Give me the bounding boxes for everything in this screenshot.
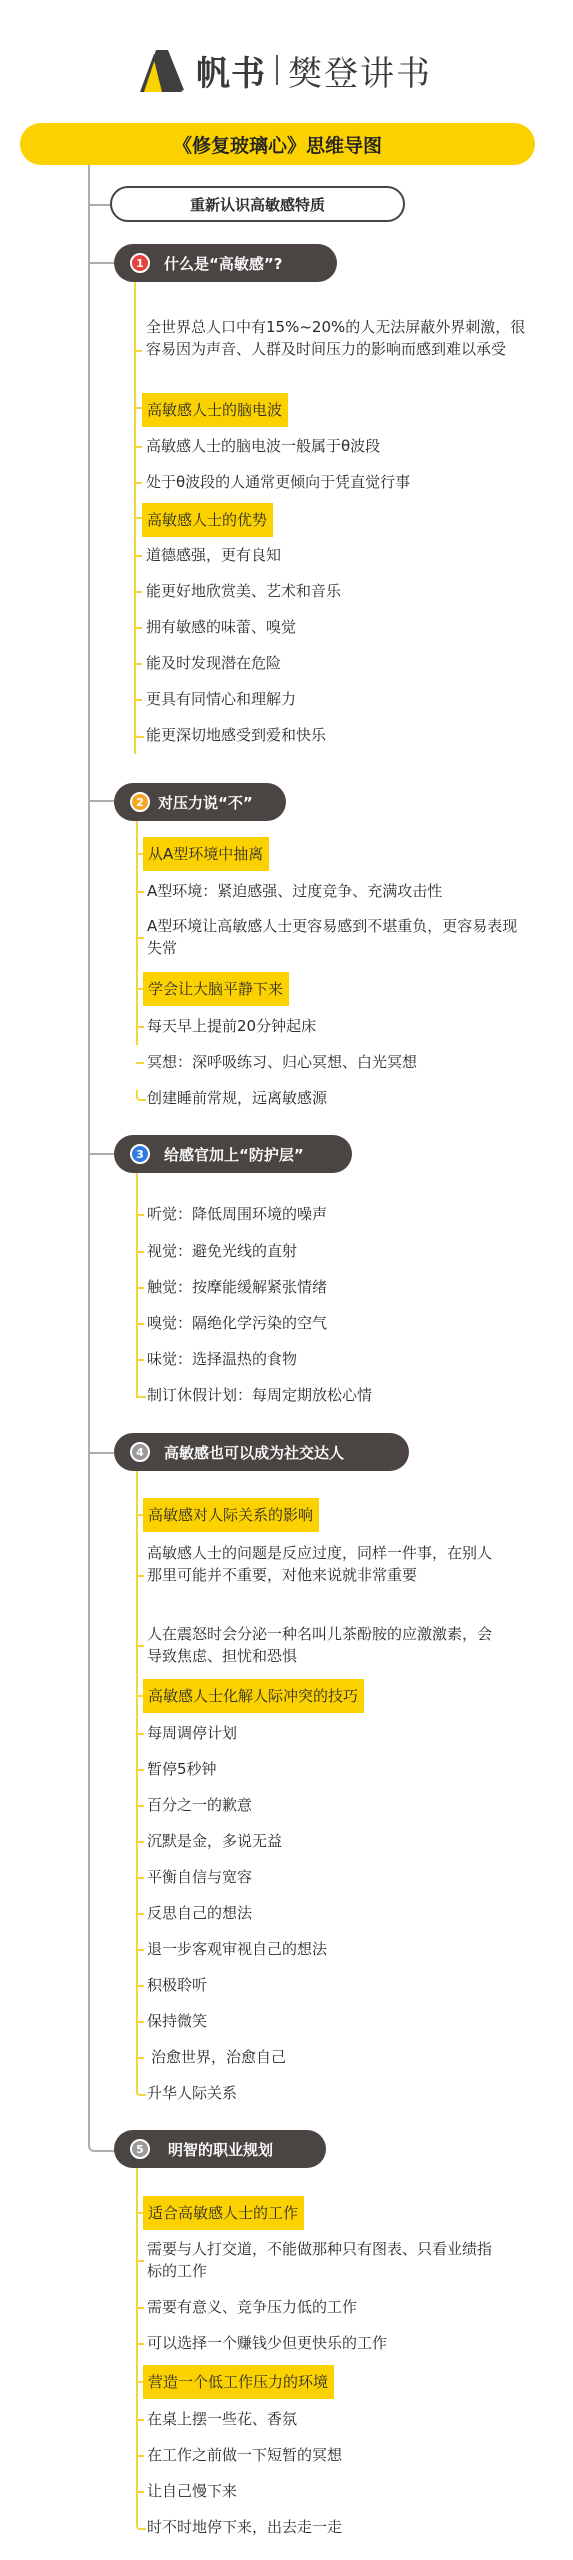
highlight-subtopic: 高敏感对人际关系的影响: [143, 1498, 319, 1532]
list-item: 高敏感人士的脑电波一般属于θ波段: [146, 435, 536, 457]
list-item: 视觉：避免光线的直射: [147, 1240, 537, 1262]
branch-tick: [136, 891, 144, 893]
list-item: 可以选择一个赚钱少但更快乐的工作: [147, 2332, 537, 2354]
list-item: 保持微笑: [147, 2010, 537, 2032]
list-item: 拥有敏感的味蕾、嗅觉: [146, 616, 536, 638]
branch-tick: [134, 591, 142, 593]
brand-name: 帆书: [196, 46, 266, 95]
list-item: 治愈世界，治愈自己: [151, 2046, 541, 2068]
number-1-icon: 1: [130, 253, 150, 273]
list-item: 味觉：选择温热的食物: [147, 1348, 537, 1370]
branch-tick: [134, 446, 142, 448]
list-item: A型环境让高敏感人士更容易感到不堪重负，更容易表现失常: [147, 915, 532, 959]
highlight-subtopic: 高敏感人士化解人际冲突的技巧: [143, 1679, 364, 1713]
branch-tick: [134, 555, 142, 557]
fanshu-logo-icon: [138, 48, 186, 92]
connector-node-2: [88, 800, 114, 802]
list-item: 暂停5秒钟: [147, 1758, 537, 1780]
branch-end: [136, 1090, 146, 1101]
branch-tick: [134, 517, 142, 519]
brand-header: 帆书 樊登讲书: [138, 45, 432, 95]
branch-tick: [136, 2419, 144, 2421]
branch-tick: [136, 1733, 144, 1735]
branch-tick: [136, 937, 144, 939]
list-item: 道德感强，更有良知: [146, 544, 536, 566]
branch-tick: [136, 2343, 144, 2345]
branch-tick: [136, 1769, 144, 1771]
highlight-subtopic: 学会让大脑平静下来: [143, 972, 289, 1006]
branch-tick: [136, 1323, 144, 1325]
section-node-1[interactable]: 1 什么是“高敏感”?: [114, 244, 337, 282]
connector-root: [88, 204, 110, 206]
number-4-icon: 4: [130, 1442, 150, 1462]
branch-tick: [136, 1062, 144, 1064]
section-node-3[interactable]: 3 给感官加上“防护层”: [114, 1135, 352, 1173]
highlight-subtopic: 从A型环境中抽离: [143, 837, 269, 871]
list-item: 每周调停计划: [147, 1722, 537, 1744]
list-item: 制订休假计划：每周定期放松心情: [147, 1384, 537, 1406]
branch-tick: [134, 407, 142, 409]
branch-tick: [136, 1359, 144, 1361]
branch-end: [134, 726, 144, 738]
list-item: 嗅觉：隔绝化学污染的空气: [147, 1312, 537, 1334]
list-item: 听觉：降低周围环境的噪声: [147, 1203, 537, 1225]
number-2-icon: 2: [130, 792, 150, 812]
branch-tick: [136, 2021, 144, 2023]
branch-tick: [136, 1645, 144, 1647]
list-item: 更具有同情心和理解力: [146, 688, 536, 710]
branch-tick: [136, 1877, 144, 1879]
list-item: 每天早上提前20分钟起床: [147, 1015, 537, 1037]
list-item: 能更深切地感受到爱和快乐: [146, 724, 536, 746]
section-label: 对压力说“不”: [158, 792, 253, 813]
list-item: 百分之一的歉意: [147, 1794, 537, 1816]
list-item: 在工作之前做一下短暂的冥想: [147, 2444, 537, 2466]
branch-tick: [136, 2307, 144, 2309]
branch-tick: [134, 482, 142, 484]
branch-tick: [134, 350, 142, 352]
branch-tick: [134, 699, 142, 701]
section-label: 高敏感也可以成为社交达人: [164, 1442, 344, 1463]
branch-tick: [136, 1805, 144, 1807]
list-item: 时不时地停下来，出去走一走: [147, 2516, 537, 2538]
branch-line-3: [136, 1173, 138, 1398]
section-node-4[interactable]: 4 高敏感也可以成为社交达人: [114, 1433, 409, 1471]
list-item: 需要与人打交道，不能做那种只有图表、只看业绩指标的工作: [147, 2238, 497, 2282]
branch-tick: [136, 1949, 144, 1951]
branch-line-4: [136, 1471, 138, 2092]
branch-tick: [136, 1575, 144, 1577]
section-node-2[interactable]: 2 对压力说“不”: [114, 783, 286, 821]
list-item: 升华人际关系: [147, 2082, 537, 2104]
section-label: 明智的职业规划: [168, 2139, 273, 2160]
highlight-subtopic: 营造一个低工作压力的环境: [143, 2365, 334, 2399]
root-topic[interactable]: 重新认识高敏感特质: [110, 186, 405, 222]
branch-tick: [136, 1287, 144, 1289]
list-item: 能更好地欣赏美、艺术和音乐: [146, 580, 536, 602]
branch-tick: [136, 1985, 144, 1987]
branch-tick: [134, 627, 142, 629]
highlight-subtopic: 高敏感人士的脑电波: [142, 393, 288, 427]
list-item: 在桌上摆一些花、香氛: [147, 2408, 537, 2430]
list-item: 处于θ波段的人通常更倾向于凭直觉行事: [146, 471, 536, 493]
connector-node-4: [88, 1452, 114, 1454]
mindmap-title: 《修复玻璃心》思维导图: [20, 123, 535, 165]
branch-tick: [136, 2455, 144, 2457]
list-item: 高敏感人士的问题是反应过度，同样一件事，在别人那里可能并不重要，对他来说就非常重…: [147, 1542, 497, 1586]
list-item: 全世界总人口中有15%~20%的人无法屏蔽外界刺激，很容易因为声音、人群及时间压…: [146, 316, 531, 360]
brand-divider: [276, 55, 278, 85]
trunk-corner: [88, 2130, 116, 2152]
number-3-icon: 3: [130, 1144, 150, 1164]
section-label: 给感官加上“防护层”: [164, 1144, 304, 1165]
connector-node-1: [88, 262, 114, 264]
branch-tick: [136, 2491, 144, 2493]
list-item: 冥想：深呼吸练习、归心冥想、白光冥想: [147, 1051, 537, 1073]
branch-line-5: [136, 2168, 138, 2525]
branch-end: [136, 2519, 146, 2530]
branch-tick: [136, 2260, 144, 2262]
list-item: 积极聆听: [147, 1974, 537, 1996]
branch-tick: [136, 1841, 144, 1843]
list-item: A型环境：紧迫感强、过度竞争、充满攻击性: [147, 880, 537, 902]
list-item: 触觉：按摩能缓解紧张情绪: [147, 1276, 537, 1298]
branch-tick: [136, 1026, 144, 1028]
list-item: 能及时发现潜在危险: [146, 652, 536, 674]
branch-tick: [136, 1913, 144, 1915]
brand-subtitle: 樊登讲书: [288, 46, 432, 95]
branch-end: [136, 1388, 146, 1398]
list-item: 退一步客观审视自己的想法: [147, 1938, 537, 1960]
section-label: 什么是“高敏感”?: [164, 253, 282, 274]
highlight-subtopic: 适合高敏感人士的工作: [143, 2196, 304, 2230]
branch-tick: [136, 1214, 144, 1216]
list-item: 沉默是金，多说无益: [147, 1830, 537, 1852]
list-item: 让自己慢下来: [147, 2480, 537, 2502]
list-item: 人在震怒时会分泌一种名叫儿茶酚胺的应激激素，会导致焦虑、担忧和恐惧: [147, 1623, 497, 1667]
branch-tick: [134, 663, 142, 665]
list-item: 反思自己的想法: [147, 1902, 537, 1924]
branch-tick: [136, 1251, 144, 1253]
highlight-subtopic: 高敏感人士的优势: [142, 503, 273, 537]
branch-end: [136, 2085, 146, 2096]
section-node-5[interactable]: 5 明智的职业规划: [114, 2130, 326, 2168]
branch-tick: [136, 2057, 144, 2059]
list-item: 需要有意义、竞争压力低的工作: [147, 2296, 537, 2318]
list-item: 创建睡前常规，远离敏感源: [147, 1087, 537, 1109]
connector-node-3: [88, 1153, 114, 1155]
list-item: 平衡自信与宽容: [147, 1866, 537, 1888]
number-5-icon: 5: [130, 2139, 150, 2159]
